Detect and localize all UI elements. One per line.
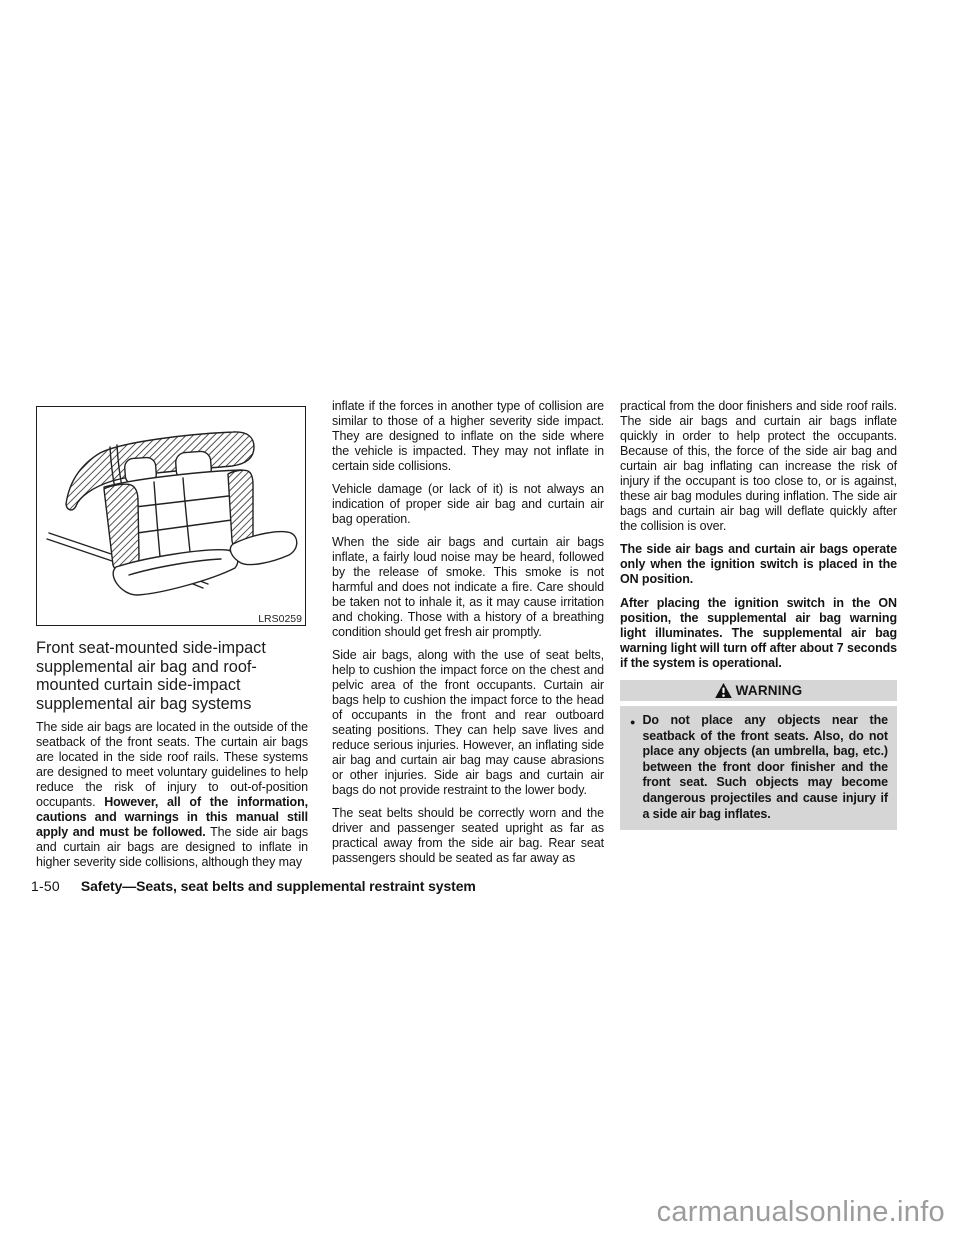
paragraph-col1: The side air bags are located in the out… [36,720,308,870]
column-middle: inflate if the forces in another type of… [332,399,604,874]
paragraph-bold: After placing the ignition switch in the… [620,596,897,671]
figure-seat-airbags: LRS0259 [36,406,306,626]
paragraph-bold: The side air bags and curtain air bags o… [620,542,897,587]
paragraph: When the side air bags and curtain air b… [332,535,604,640]
warning-triangle-icon [715,683,732,698]
paragraph: Side air bags, along with the use of sea… [332,648,604,798]
warning-text: Do not place any objects near the seatba… [642,713,888,822]
figure-code: LRS0259 [258,613,302,625]
paragraph: practical from the door finishers and si… [620,399,897,534]
column-right: practical from the door finishers and si… [620,399,897,830]
page-footer: 1-50 Safety—Seats, seat belts and supple… [31,878,476,894]
manual-page: LRS0259 Front seat-mounted side-impact s… [0,0,960,1242]
watermark-text: carmanualsonline.info [657,1196,945,1229]
warning-box: WARNING ● Do not place any objects near … [620,680,897,830]
column-left: LRS0259 Front seat-mounted side-impact s… [36,406,308,878]
seat-airbag-illustration [37,407,304,624]
paragraph: The seat belts should be correctly worn … [332,806,604,866]
bullet-marker: ● [630,714,635,730]
paragraph: Vehicle damage (or lack of it) is not al… [332,482,604,527]
footer-section-title: Safety—Seats, seat belts and supplementa… [81,878,476,894]
page-number: 1-50 [31,878,60,894]
section-heading: Front seat-mounted side-impact supplemen… [36,639,308,713]
warning-title: WARNING [736,683,803,698]
warning-header: WARNING [620,680,897,701]
paragraph: inflate if the forces in another type of… [332,399,604,474]
warning-body: ● Do not place any objects near the seat… [620,706,897,830]
